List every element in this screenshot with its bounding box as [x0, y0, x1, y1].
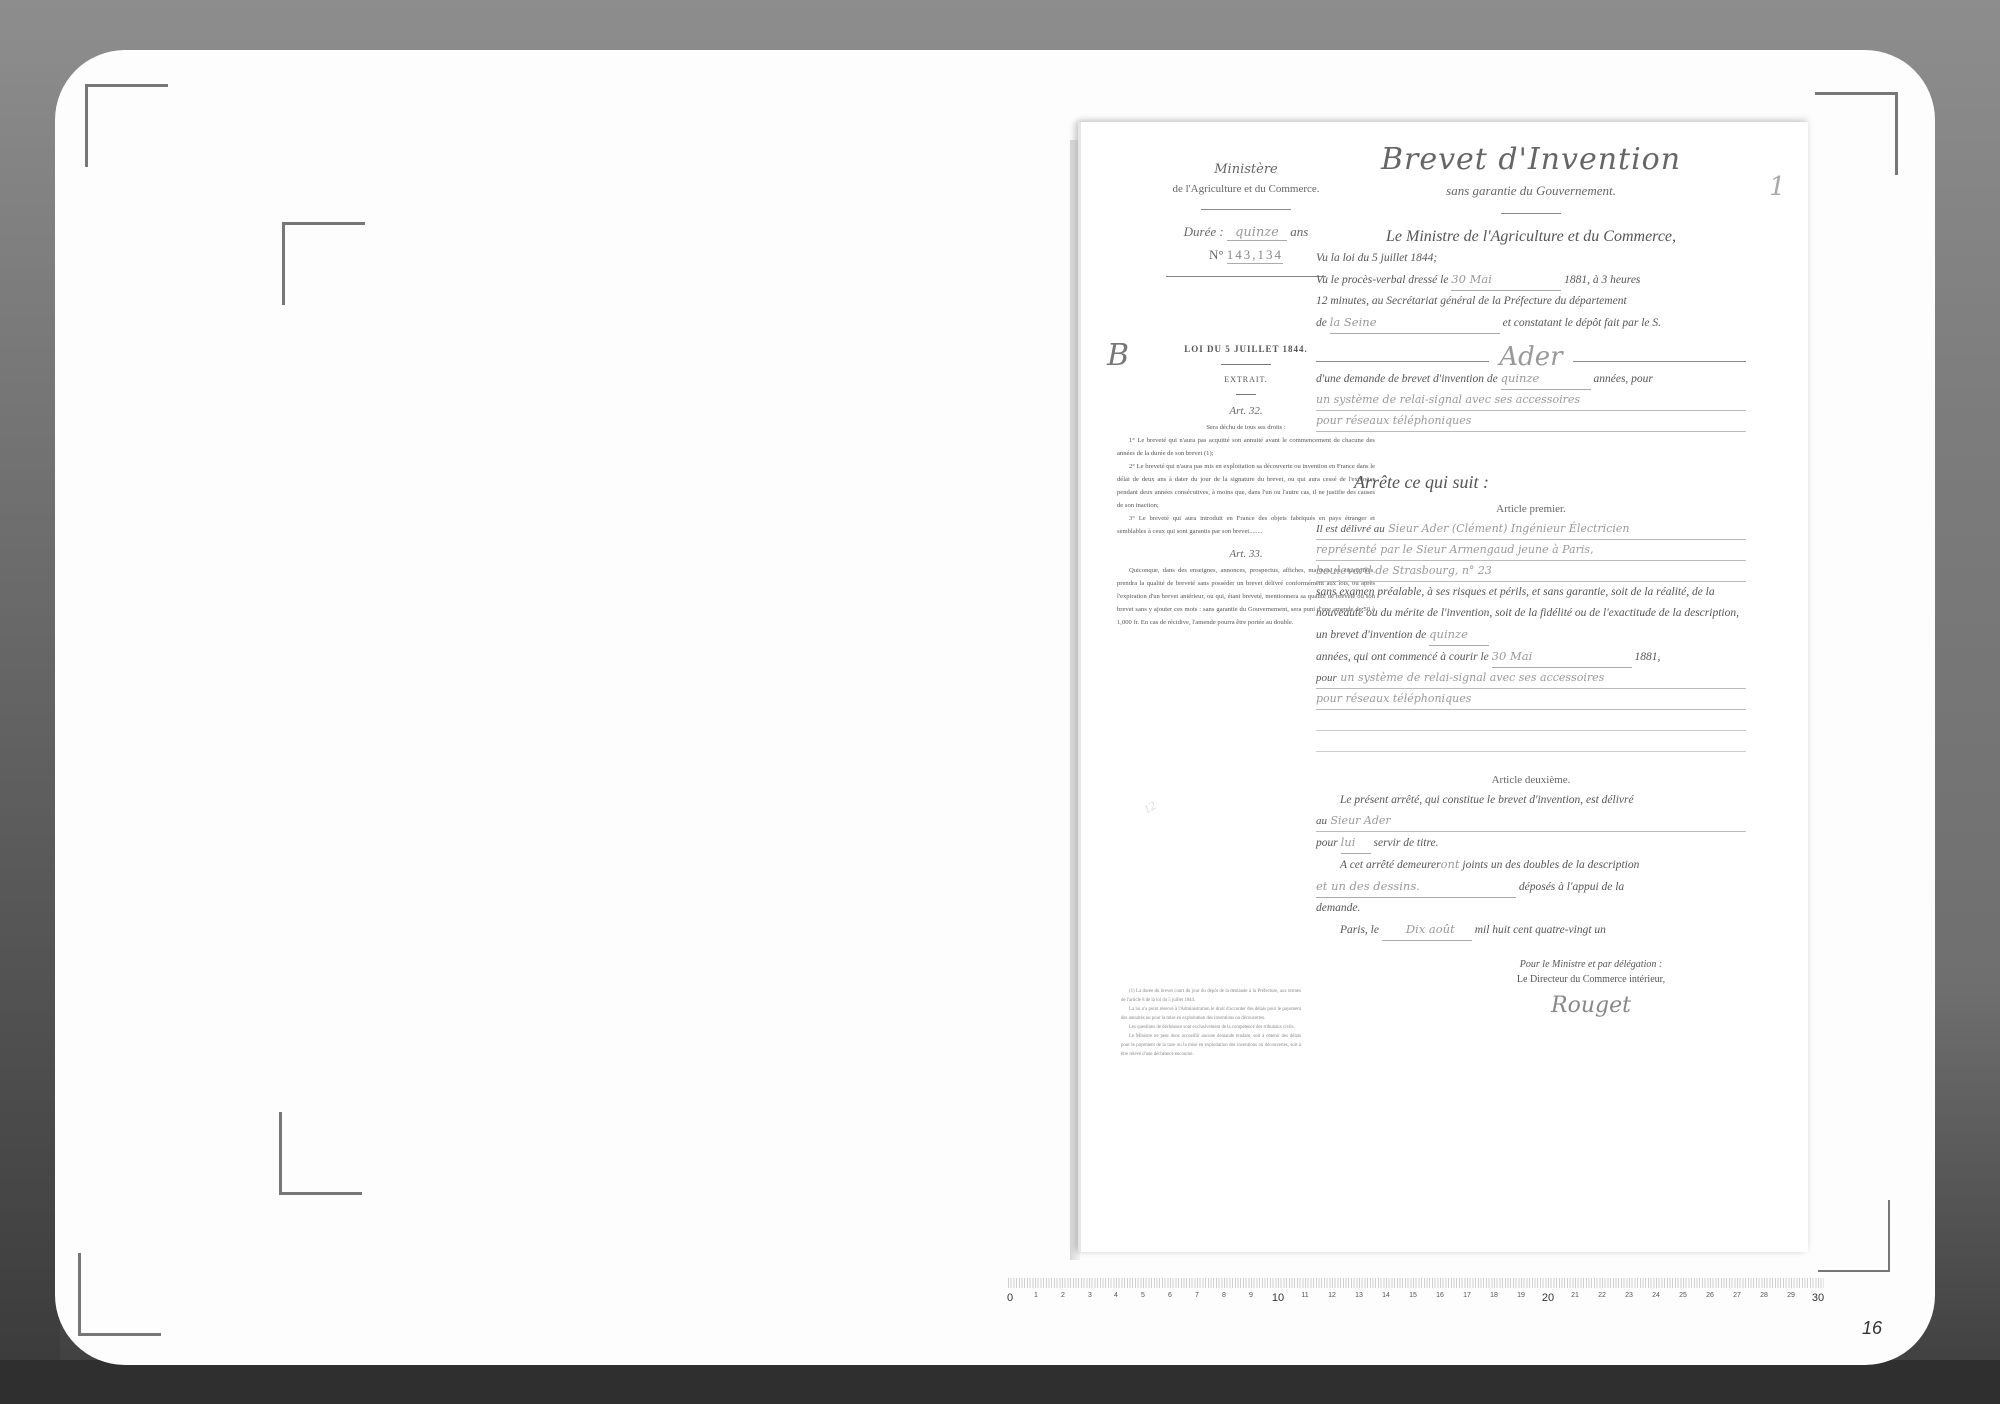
blank-line [1316, 710, 1746, 731]
applicant-line: Ader [1316, 334, 1746, 368]
applicant-name: Ader [1499, 347, 1562, 368]
divider-rule [1236, 394, 1256, 395]
crop-mark-top-left [85, 84, 168, 167]
page-number: 16 [1862, 1318, 1882, 1339]
measurement-ruler: 0 1 2 3 4 5 6 7 8 9 10 11 12 13 14 15 16… [1008, 1278, 1824, 1318]
signature: Rouget [1436, 993, 1746, 1018]
pencil-annotation: 12 [1141, 749, 1271, 865]
ruler-ticks [1008, 1278, 1824, 1288]
ruler-labels: 0 1 2 3 4 5 6 7 8 9 10 11 12 13 14 15 16… [1008, 1292, 1824, 1312]
crop-mark-inner-top [282, 222, 365, 305]
patent-document: 1 Ministère de l'Agriculture et du Comme… [1078, 122, 1808, 1252]
signature-block: Pour le Ministre et par délégation : Le … [1436, 959, 1746, 1018]
divider-rule [1221, 364, 1271, 365]
document-title: Brevet d'Invention [1316, 142, 1746, 177]
right-column: Brevet d'Invention sans garantie du Gouv… [1316, 142, 1746, 1018]
article-1-body: Il est délivré au Sieur Ader (Clément) I… [1316, 519, 1746, 752]
invention-object-line-2: pour réseaux téléphoniques [1316, 411, 1746, 432]
ornament-rule [1501, 213, 1561, 214]
demande-line: d'une demande de brevet d'invention de q… [1316, 368, 1746, 390]
divider-rule [1166, 276, 1326, 277]
scanner-background-bottom [0, 1360, 2000, 1404]
article-2-title: Article deuxième. [1316, 774, 1746, 786]
article-2-body: Le présent arrêté, qui constitue le brev… [1316, 790, 1746, 941]
handwritten-initial: B [1107, 338, 1129, 373]
crop-mark-inner-bottom [279, 1112, 362, 1195]
invention-object-line-1: un système de relai-signal avec ses acce… [1316, 390, 1746, 411]
department-line: de la Seine et constatant le dépôt fait … [1316, 312, 1746, 334]
blank-line [1316, 731, 1746, 752]
date-line: Paris, le Dix août mil huit cent quatre-… [1316, 919, 1746, 941]
patent-number: 143,134 [1227, 247, 1283, 264]
crop-mark-top-right [1815, 92, 1898, 175]
document-subtitle: sans garantie du Gouvernement. [1316, 183, 1746, 199]
arrete-heading: Arrête ce qui suit : [1354, 472, 1746, 493]
preamble: Vu la loi du 5 juillet 1844; Vu le procè… [1316, 248, 1746, 432]
duree-value: quinze [1227, 225, 1287, 241]
minister-heading: Le Ministre de l'Agriculture et du Comme… [1316, 228, 1746, 246]
ornament-rule [1201, 209, 1291, 210]
footnote: (1) La durée du brevet court du jour du … [1121, 987, 1301, 1059]
scanner-background-left [0, 60, 60, 1390]
crop-mark-bottom-left [78, 1253, 161, 1336]
crop-mark-bottom-right [1818, 1200, 1890, 1272]
proces-verbal-line: Vu le procès-verbal dressé le 30 Mai 188… [1316, 269, 1746, 291]
article-1-title: Article premier. [1316, 503, 1746, 515]
